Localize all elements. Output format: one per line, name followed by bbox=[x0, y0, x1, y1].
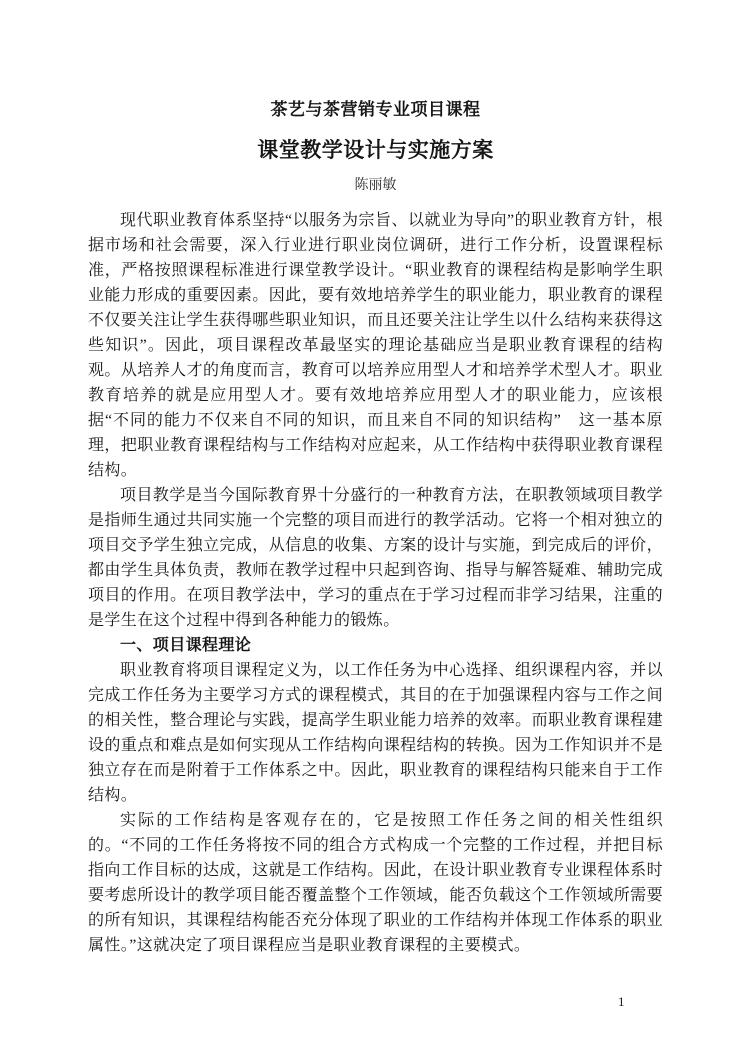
document-content: 茶艺与茶营销专业项目课程 课堂教学设计与实施方案 陈丽敏 现代职业教育体系坚持“… bbox=[88, 0, 663, 958]
document-subtitle: 课堂教学设计与实施方案 bbox=[88, 136, 663, 166]
body-paragraph-3: 职业教育将项目课程定义为，以工作任务为中心选择、组织课程内容，并以完成工作任务为… bbox=[88, 658, 663, 808]
document-page: 茶艺与茶营销专业项目课程 课堂教学设计与实施方案 陈丽敏 现代职业教育体系坚持“… bbox=[0, 0, 750, 1060]
section-heading-1: 一、项目课程理论 bbox=[88, 633, 663, 658]
body-paragraph-2: 项目教学是当今国际教育界十分盛行的一种教育方法，在职教领域项目教学是指师生通过共… bbox=[88, 483, 663, 633]
body-paragraph-1: 现代职业教育体系坚持“以服务为宗旨、以就业为导向”的职业教育方针，根据市场和社会… bbox=[88, 208, 663, 483]
body-paragraph-4: 实际的工作结构是客观存在的，它是按照工作任务之间的相关性组织的。“不同的工作任务… bbox=[88, 808, 663, 958]
page-number: 1 bbox=[618, 994, 625, 1010]
author-name: 陈丽敏 bbox=[88, 176, 663, 196]
body-text: 现代职业教育体系坚持“以服务为宗旨、以就业为导向”的职业教育方针，根据市场和社会… bbox=[88, 208, 663, 958]
document-title: 茶艺与茶营销专业项目课程 bbox=[88, 0, 663, 122]
